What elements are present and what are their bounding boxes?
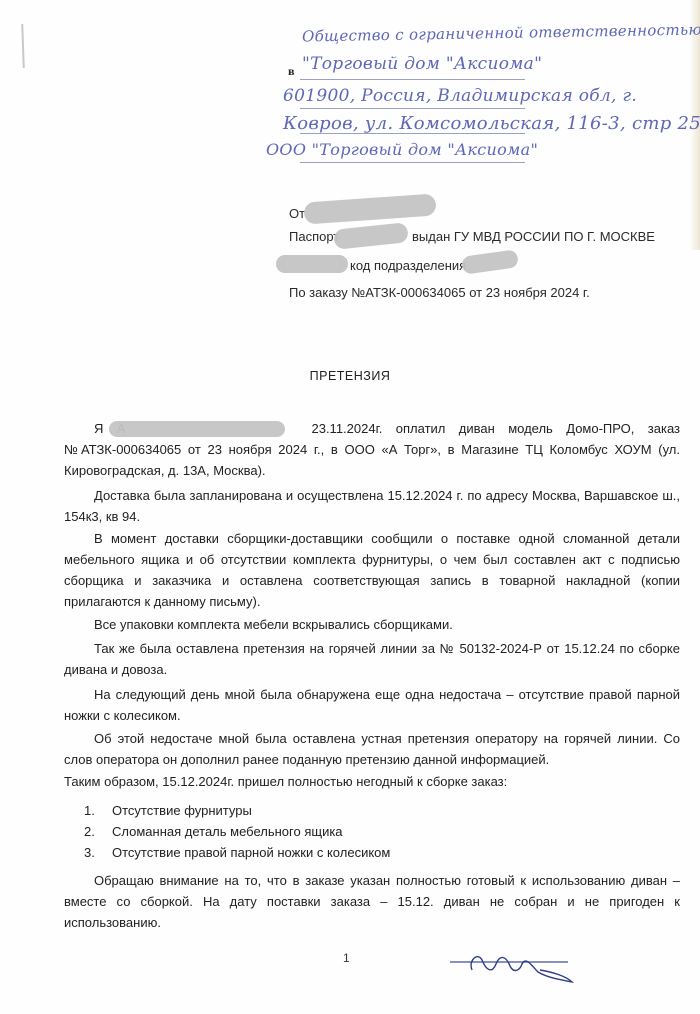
paragraph-delivery: Доставка была запланирована и осуществле…	[64, 485, 680, 527]
redaction-sender-name	[303, 193, 436, 224]
passport-issued: выдан ГУ МВД РОССИИ ПО Г. МОСКВЕ	[412, 229, 655, 244]
handwritten-line-4: Ковров, ул. Комсомольская, 116-3, стр 25	[283, 113, 700, 134]
paragraph-summary: Таким образом, 15.12.2024г. пришел полно…	[64, 771, 680, 792]
document-title: ПРЕТЕНЗИЯ	[0, 369, 700, 383]
division-code-label: код подразделения	[350, 258, 466, 273]
list-item: 1.Отсутствие фурнитуры	[84, 800, 390, 821]
passport-label: Паспорт	[289, 229, 339, 244]
paragraph-defects-at-delivery: В момент доставки сборщики-доставщики со…	[64, 528, 680, 612]
paragraph-oral-claim: Об этой недостаче мной была оставлена ус…	[64, 728, 680, 770]
handwritten-line-5: ООО "Торговый дом "Аксиома"	[266, 140, 538, 159]
redaction-passport-number	[333, 222, 409, 250]
underline-4	[300, 162, 525, 163]
underline-2	[300, 108, 525, 109]
underline-1	[300, 79, 525, 80]
addressee-prefix: в	[288, 64, 294, 79]
list-item: 2.Сломанная деталь мебельного ящика	[84, 821, 390, 842]
defects-list: 1.Отсутствие фурнитуры 2.Сломанная детал…	[84, 800, 390, 863]
handwritten-line-3: 601900, Россия, Владимирская обл, г.	[283, 86, 637, 106]
paragraph-hotline-claim: Так же была оставлена претензия на горяч…	[64, 638, 680, 680]
document-page: Общество с ограниченной ответственностью…	[0, 0, 700, 1014]
handwritten-line-1: Общество с ограниченной ответственностью	[302, 21, 700, 46]
list-item: 3.Отсутствие правой парной ножки с колес…	[84, 842, 390, 863]
handwritten-line-2: "Торговый дом "Аксиома"	[302, 54, 542, 74]
paragraph-closing: Обращаю внимание на то, что в заказе ука…	[64, 870, 680, 933]
from-label: От	[289, 206, 305, 221]
paragraph-missing-leg: На следующий день мной была обнаружена е…	[64, 684, 680, 726]
redaction-sender-surname	[109, 421, 285, 437]
redaction-division-code	[461, 249, 519, 275]
paragraph-packages-opened: Все упаковки комплекта мебели вскрывалис…	[64, 614, 680, 635]
scan-mark	[21, 24, 25, 68]
underline-3	[300, 133, 525, 134]
redaction-issue-date	[276, 255, 348, 273]
page-number: 1	[343, 951, 350, 965]
order-reference: По заказу №АТЗК-000634065 от 23 ноября 2…	[289, 285, 590, 300]
signature-icon	[448, 950, 578, 986]
